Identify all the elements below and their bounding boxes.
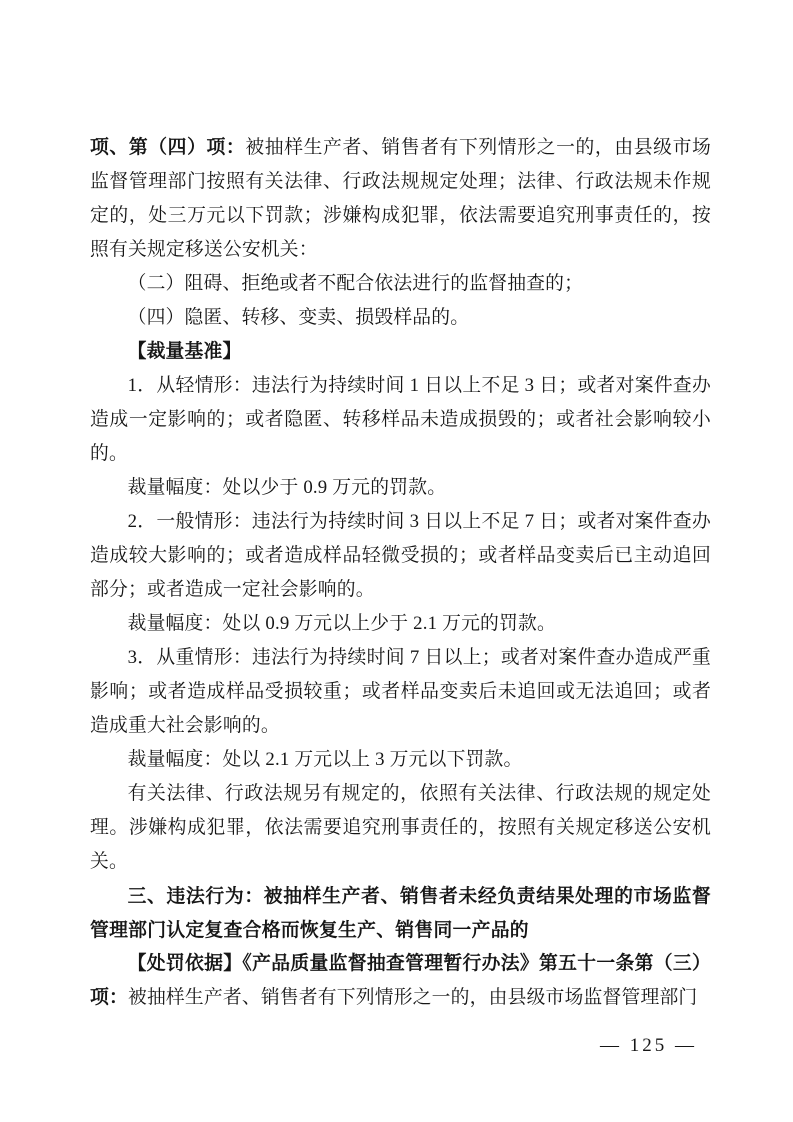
paragraph-text: 被抽样生产者、销售者有下列情形之一的，由县级市场监督管理部门 [128,987,697,1008]
paragraph-text: 3．从重情形：违法行为持续时间 7 日以上；或者对案件查办造成严重影响；或者造成… [90,647,711,736]
list-item-2: （二）阻碍、拒绝或者不配合依法进行的监督抽查的； [90,267,711,301]
paragraph-text: 裁量幅度：处以 2.1 万元以上 3 万元以下罚款。 [128,749,523,770]
clause-label: 项、第（四）项： [90,137,245,158]
paragraph-text: （四）隐匿、转移、变卖、损毁样品的。 [128,307,470,328]
page-number-text: — 125 — [600,1035,697,1056]
paragraph-continuation: 项、第（四）项：被抽样生产者、销售者有下列情形之一的，由县级市场监督管理部门按照… [90,131,711,267]
para-light-range: 裁量幅度：处以少于 0.9 万元的罚款。 [90,471,711,505]
heading-text: 【裁量基准】 [128,341,242,362]
document-page: { "doc": { "page_number_display": "— 125… [0,0,793,1122]
paragraph-text: 有关法律、行政法规另有规定的，依照有关法律、行政法规的规定处理。涉嫌构成犯罪，依… [90,783,711,872]
page-number: — 125 — [600,1033,697,1059]
paragraph-text: 2．一般情形：违法行为持续时间 3 日以上不足 7 日；或者对案件查办造成较大影… [90,511,711,600]
para-penalty-basis: 【处罚依据】《产品质量监督抽查管理暂行办法》第五十一条第（三）项：被抽样生产者、… [90,947,711,1015]
heading-discretion-benchmark: 【裁量基准】 [90,335,711,369]
paragraph-text: 1．从轻情形：违法行为持续时间 1 日以上不足 3 日；或者对案件查办造成一定影… [90,375,711,464]
heading-violation-three: 三、违法行为：被抽样生产者、销售者未经负责结果处理的市场监督管理部门认定复查合格… [90,879,711,947]
page-body: 项、第（四）项：被抽样生产者、销售者有下列情形之一的，由县级市场监督管理部门按照… [90,131,711,1015]
para-general-circumstance: 2．一般情形：违法行为持续时间 3 日以上不足 7 日；或者对案件查办造成较大影… [90,505,711,607]
heading-text: 三、违法行为：被抽样生产者、销售者未经负责结果处理的市场监督管理部门认定复查合格… [90,885,711,940]
para-light-circumstance: 1．从轻情形：违法行为持续时间 1 日以上不足 3 日；或者对案件查办造成一定影… [90,369,711,471]
paragraph-text: 裁量幅度：处以少于 0.9 万元的罚款。 [128,477,447,498]
para-heavy-range: 裁量幅度：处以 2.1 万元以上 3 万元以下罚款。 [90,743,711,777]
paragraph-text: 裁量幅度：处以 0.9 万元以上少于 2.1 万元的罚款。 [128,613,556,634]
para-other-provisions: 有关法律、行政法规另有规定的，依照有关法律、行政法规的规定处理。涉嫌构成犯罪，依… [90,777,711,879]
list-item-4: （四）隐匿、转移、变卖、损毁样品的。 [90,301,711,335]
para-general-range: 裁量幅度：处以 0.9 万元以上少于 2.1 万元的罚款。 [90,607,711,641]
paragraph-text: （二）阻碍、拒绝或者不配合依法进行的监督抽查的； [128,273,584,294]
para-heavy-circumstance: 3．从重情形：违法行为持续时间 7 日以上；或者对案件查办造成严重影响；或者造成… [90,641,711,743]
